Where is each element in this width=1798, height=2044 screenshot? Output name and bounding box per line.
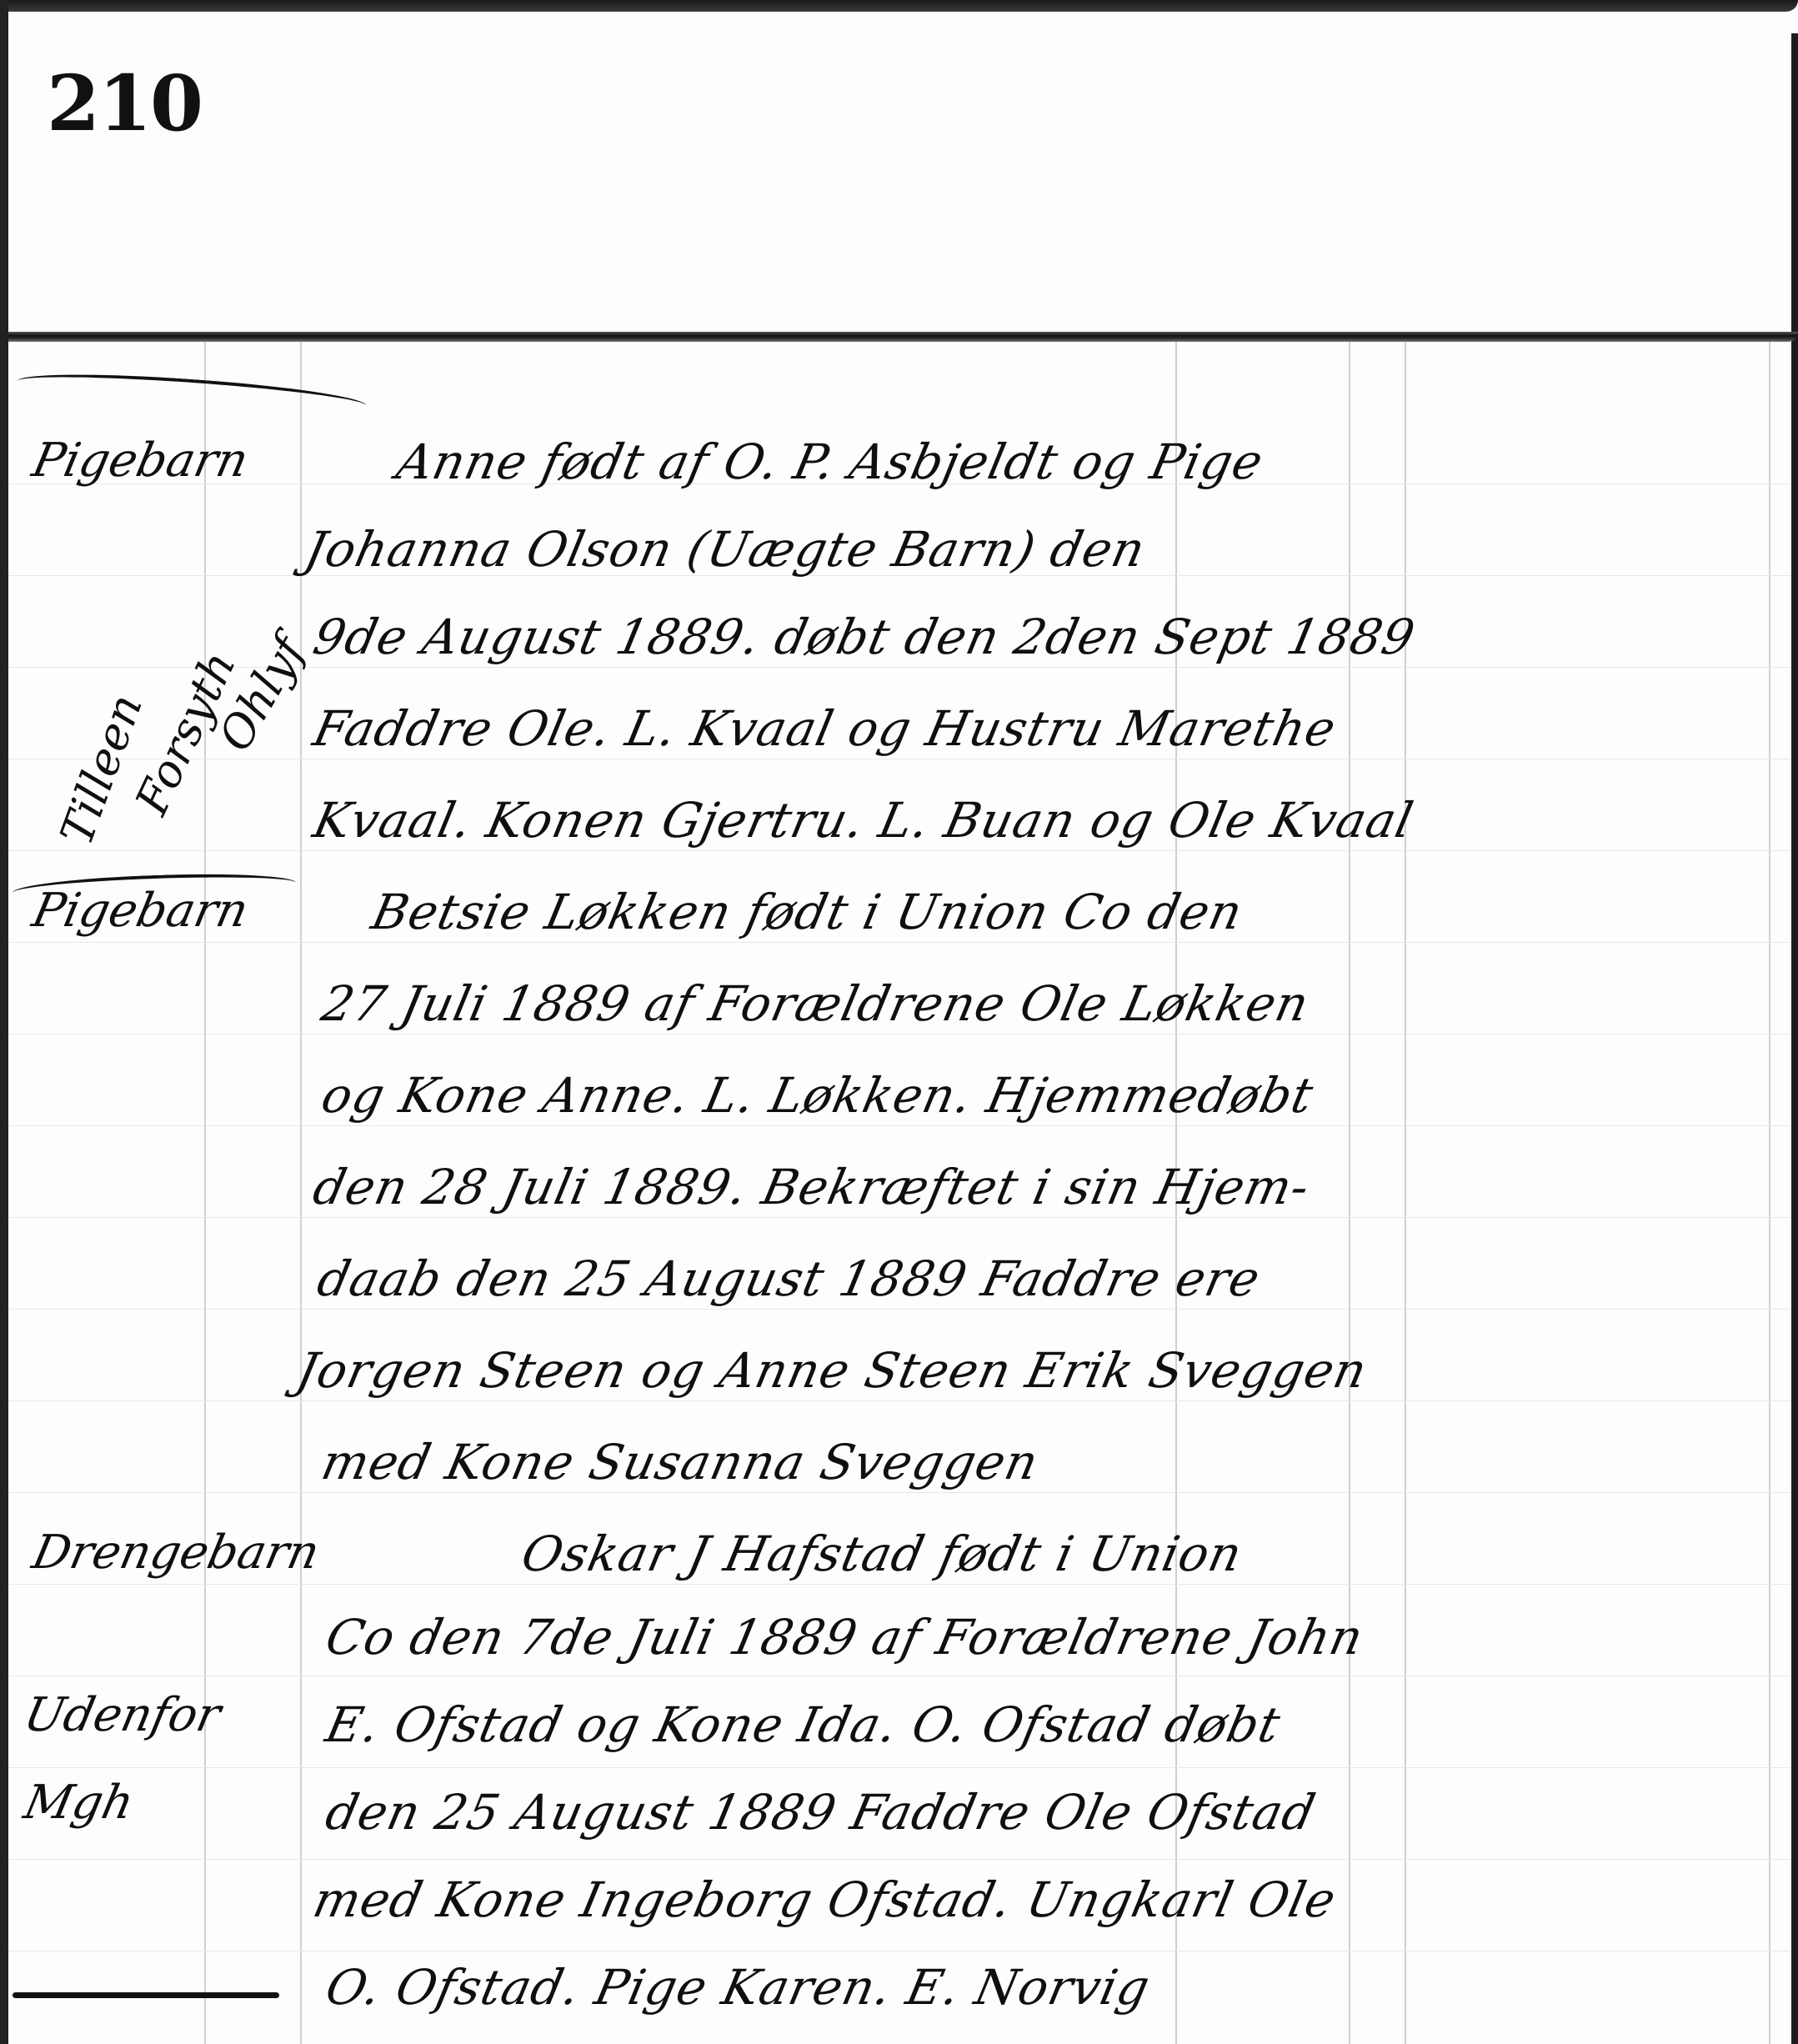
entry-category: Pigebarn	[28, 433, 253, 488]
entry-separator	[16, 367, 367, 419]
column-rule	[1769, 342, 1770, 2044]
entry-line: Oskar J Hafstad født i Union	[517, 1525, 1248, 1582]
margin-note: Tilleen	[50, 688, 153, 852]
entry-category: Drengebarn	[28, 1525, 324, 1580]
entry-line: med Kone Ingeborg Ofstad. Ungkarl Ole	[308, 1871, 1341, 1928]
entry-line: den 28 Juli 1889. Bekræftet i sin Hjem-	[308, 1159, 1315, 1215]
entry-line: og Kone Anne. L. Løkken. Hjemmedøbt	[317, 1067, 1319, 1124]
entry-line: med Kone Susanna Sveggen	[317, 1434, 1044, 1490]
row-rule	[8, 1767, 1791, 1768]
entry-line: Kvaal. Konen Gjertru. L. Buan og Ole Kva…	[308, 792, 1419, 849]
entry-line: Anne født af O. P. Asbjeldt og Pige	[392, 433, 1269, 490]
entry-line: Johanna Olson (Uægte Barn) den	[300, 521, 1150, 578]
column-rule	[300, 342, 302, 2044]
row-rule	[8, 1217, 1791, 1218]
row-rule	[8, 1584, 1791, 1585]
entry-line: Co den 7de Juli 1889 af Forældrene John	[321, 1609, 1369, 1666]
column-rule	[1405, 342, 1406, 2044]
row-rule	[8, 1676, 1791, 1676]
margin-note-udenfor: Udenfor	[19, 1688, 225, 1742]
row-rule	[8, 850, 1791, 851]
page-number: 210	[47, 58, 202, 148]
entry-line: daab den 25 August 1889 Faddre ere	[313, 1250, 1265, 1307]
entry-line: O. Ofstad. Pige Karen. E. Norvig	[321, 1959, 1155, 2016]
entry-separator	[13, 1992, 279, 1998]
row-rule	[8, 1125, 1791, 1126]
row-rule	[8, 1492, 1791, 1493]
entry-line: 9de August 1889. døbt den 2den Sept 1889	[308, 609, 1420, 665]
row-rule	[8, 1034, 1791, 1035]
entry-line: Faddre Ole. L. Kvaal og Hustru Marethe	[308, 700, 1341, 757]
entry-line: E. Ofstad og Kone Ida. O. Ofstad døbt	[321, 1696, 1285, 1753]
margin-note-menighed: Mgh	[19, 1776, 138, 1830]
row-rule	[8, 1400, 1791, 1401]
row-rule	[8, 942, 1791, 943]
row-rule	[8, 1859, 1791, 1860]
column-rule	[204, 342, 206, 2044]
entry-line: 27 Juli 1889 af Forældrene Ole Løkken	[317, 975, 1315, 1032]
entry-line: Jorgen Steen og Anne Steen Erik Sveggen	[292, 1342, 1372, 1399]
row-rule	[8, 759, 1791, 759]
book-edge-left	[0, 0, 8, 2044]
book-edge-top	[0, 0, 1798, 12]
header-rule	[8, 332, 1798, 342]
row-rule	[8, 1951, 1791, 1951]
column-rule	[1349, 342, 1350, 2044]
entry-line: Betsie Løkken født i Union Co den	[367, 884, 1248, 940]
entry-line: den 25 August 1889 Faddre Ole Ofstad	[321, 1784, 1321, 1841]
register-page: 210 Pigebarn Anne født af O. P. Asbjeldt…	[0, 0, 1798, 2044]
entry-category: Pigebarn	[28, 884, 253, 938]
row-rule	[8, 1309, 1791, 1310]
